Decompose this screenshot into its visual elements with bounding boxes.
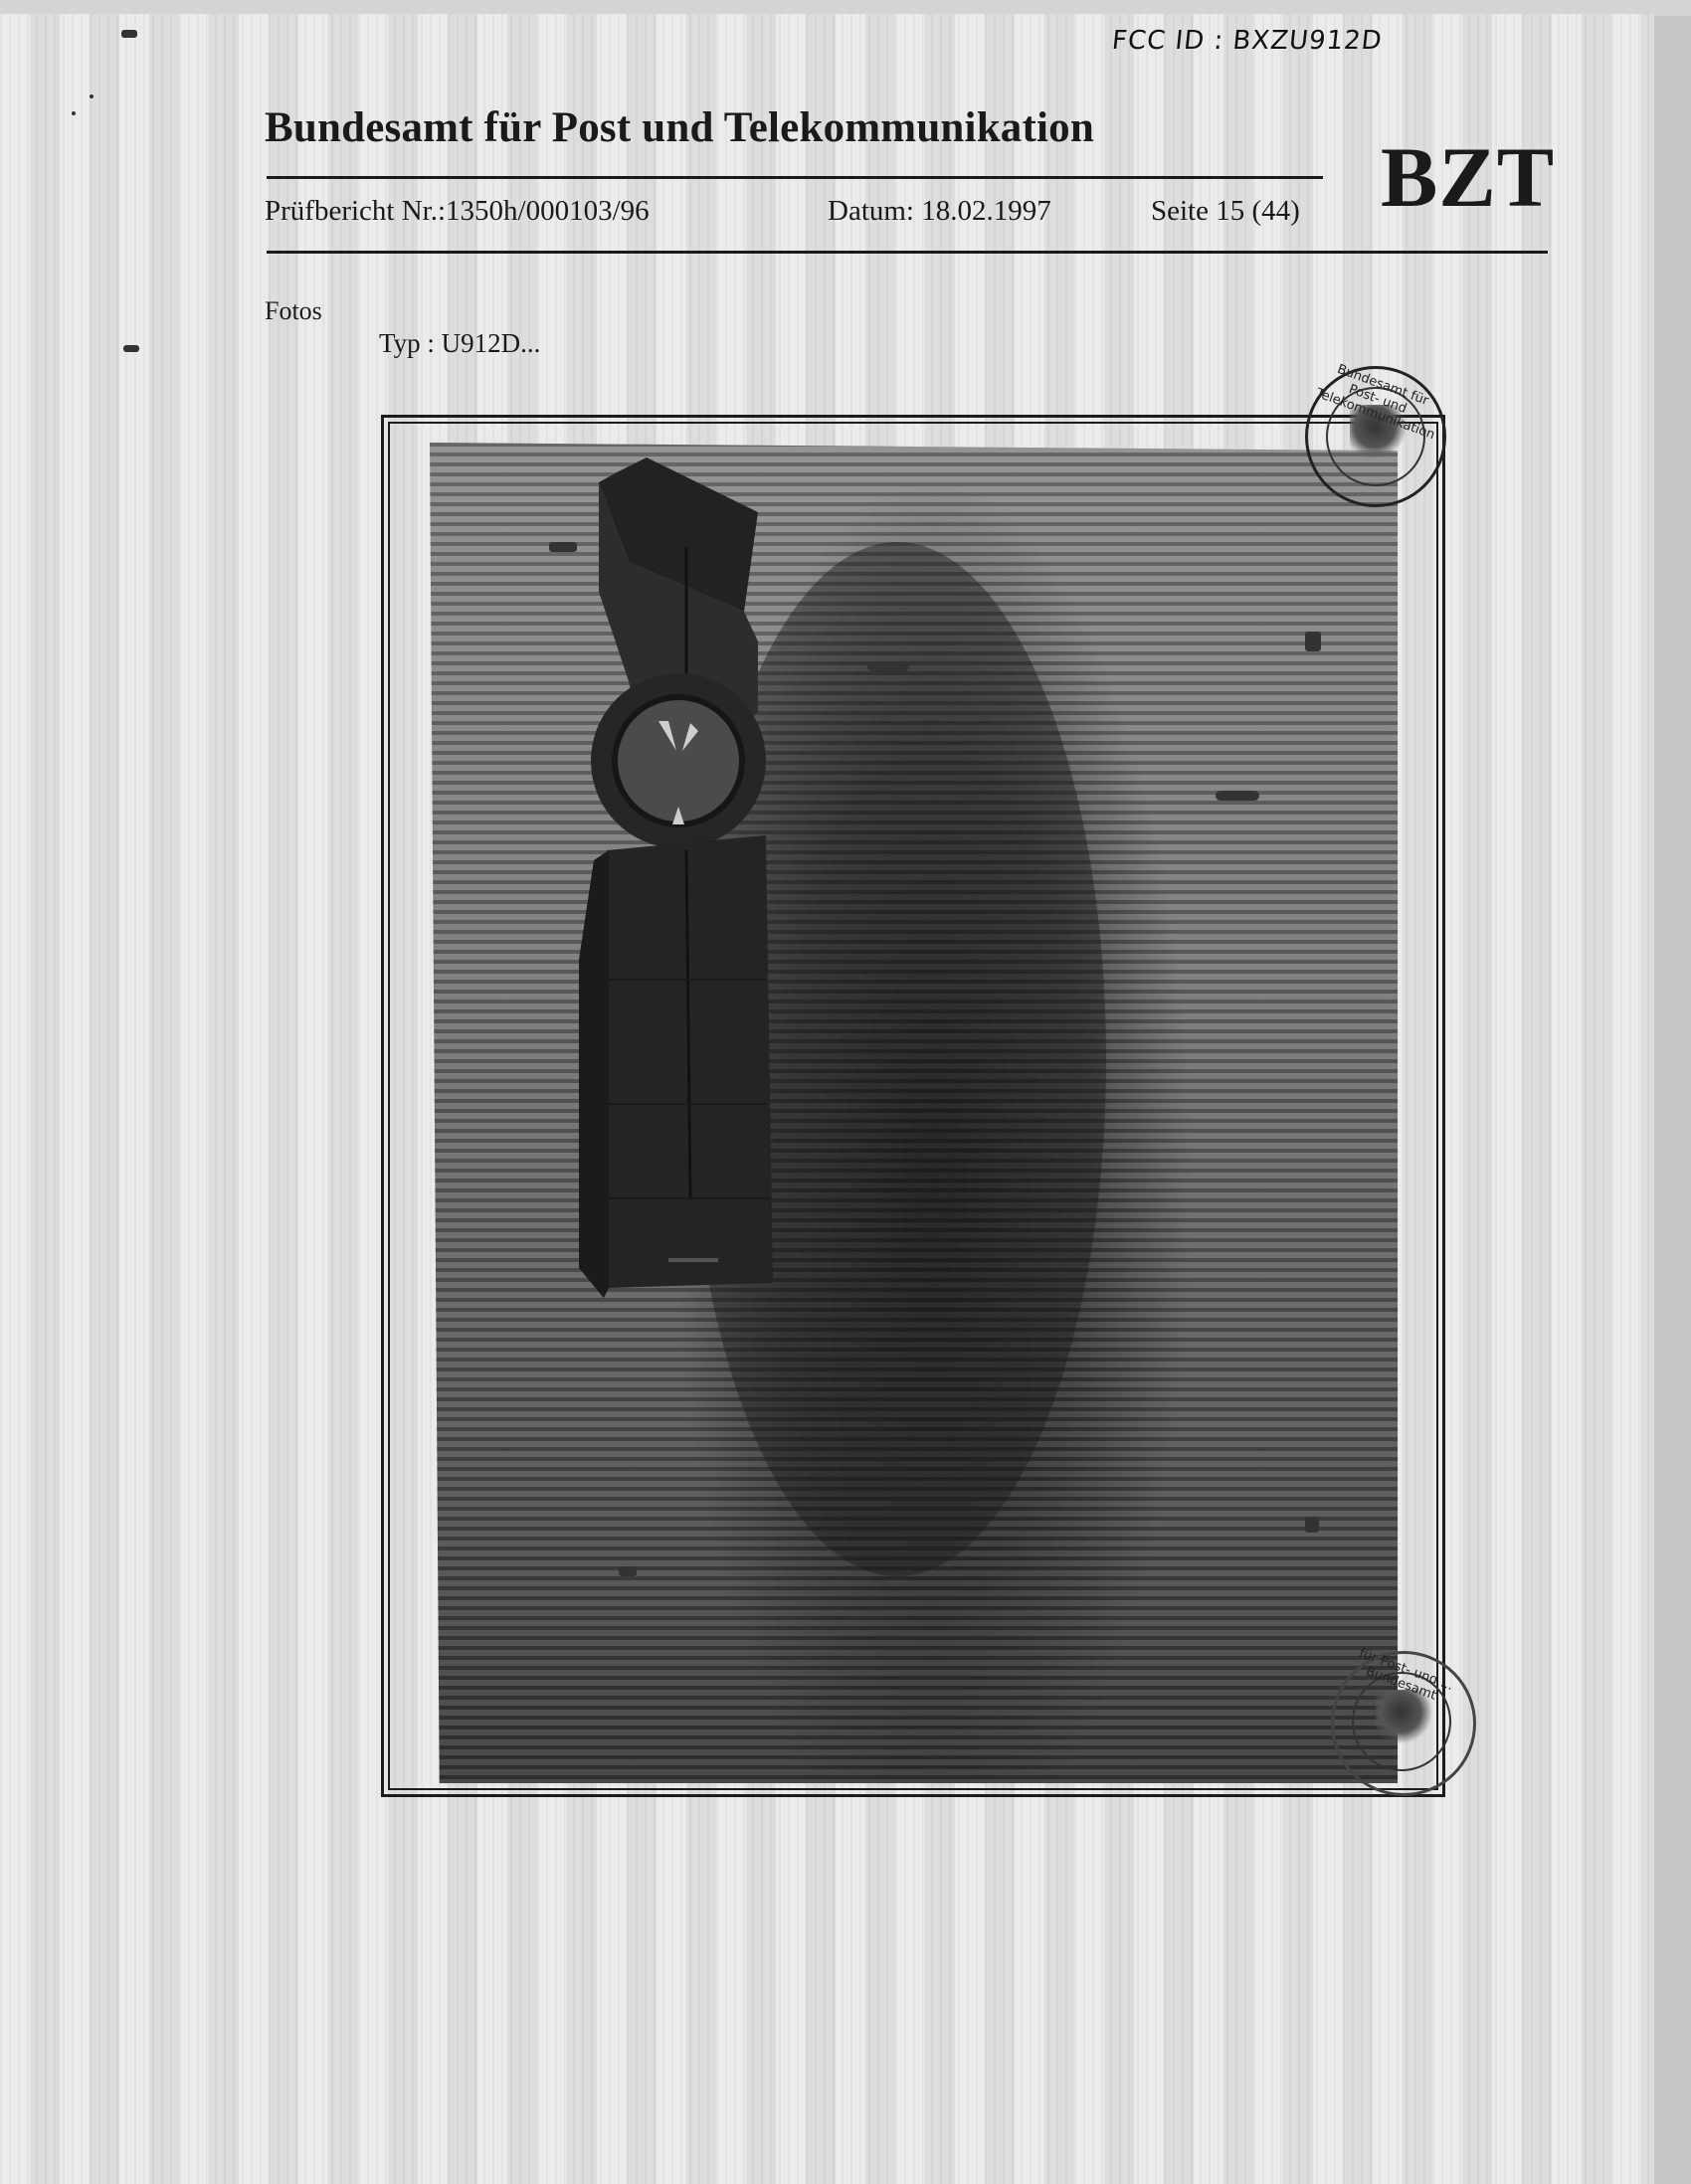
photo-speck — [1305, 632, 1321, 651]
header-rule-bottom — [267, 251, 1548, 254]
page-number: Seite 15 (44) — [1151, 195, 1300, 228]
device-photo — [430, 443, 1398, 1783]
scan-speck — [72, 111, 76, 115]
phone-image — [430, 443, 1398, 1783]
photo-speck — [1305, 1517, 1319, 1533]
photo-speck — [619, 1566, 637, 1576]
bzt-logo: BZT — [1381, 127, 1555, 227]
scan-speck — [123, 345, 139, 352]
scan-right-edge — [1654, 16, 1691, 2184]
header-rule-top — [267, 176, 1323, 179]
handwritten-fcc-id: FCC ID : BXZU912D — [1110, 26, 1384, 56]
organization-title: Bundesamt für Post und Telekommunikation — [265, 103, 1094, 152]
photo-speck — [549, 542, 577, 552]
device-type-label: Typ : U912D... — [379, 328, 540, 359]
scan-speck — [121, 30, 137, 38]
section-title: Fotos — [265, 296, 322, 326]
photo-speck — [867, 661, 909, 671]
official-stamp-bottom: für Post- und ... Bundesamt — [1331, 1651, 1476, 1796]
photo-speck — [1216, 791, 1259, 801]
official-stamp-top: Bundesamt für Post- und Telekommunikatio… — [1305, 366, 1446, 507]
report-date: Datum: 18.02.1997 — [828, 195, 1051, 228]
report-number: Prüfbericht Nr.:1350h/000103/96 — [265, 195, 650, 228]
scan-speck — [90, 94, 94, 98]
